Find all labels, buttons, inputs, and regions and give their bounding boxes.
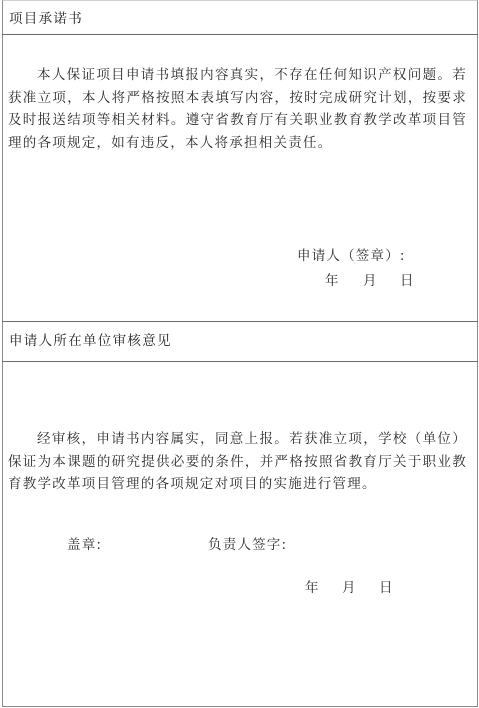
- date-month-label: 月: [363, 269, 377, 289]
- date-day-label: 日: [379, 576, 393, 596]
- applicant-signature-label: 申请人（签章）:: [297, 244, 406, 264]
- unit-review-statement: 经审核，申请书内容属实，同意上报。若获准立项，学校（单位）保证为本课题的研究提供…: [8, 428, 467, 496]
- seal-label: 盖章:: [67, 533, 102, 553]
- leader-signature-label: 负责人签字:: [208, 533, 287, 553]
- commitment-section-title: 项目承诺书: [9, 7, 83, 27]
- section-divider: [2, 361, 478, 362]
- date-day-label: 日: [400, 269, 414, 289]
- date-year-label: 年: [305, 576, 319, 596]
- date-month-label: 月: [342, 576, 356, 596]
- section-divider: [2, 321, 478, 322]
- commitment-statement: 本人保证项目申请书填报内容真实，不存在任何知识产权问题。若获准立项，本人将严格按…: [8, 64, 467, 154]
- unit-review-section-title: 申请人所在单位审核意见: [9, 329, 172, 349]
- section-divider: [2, 34, 478, 35]
- date-year-label: 年: [325, 269, 339, 289]
